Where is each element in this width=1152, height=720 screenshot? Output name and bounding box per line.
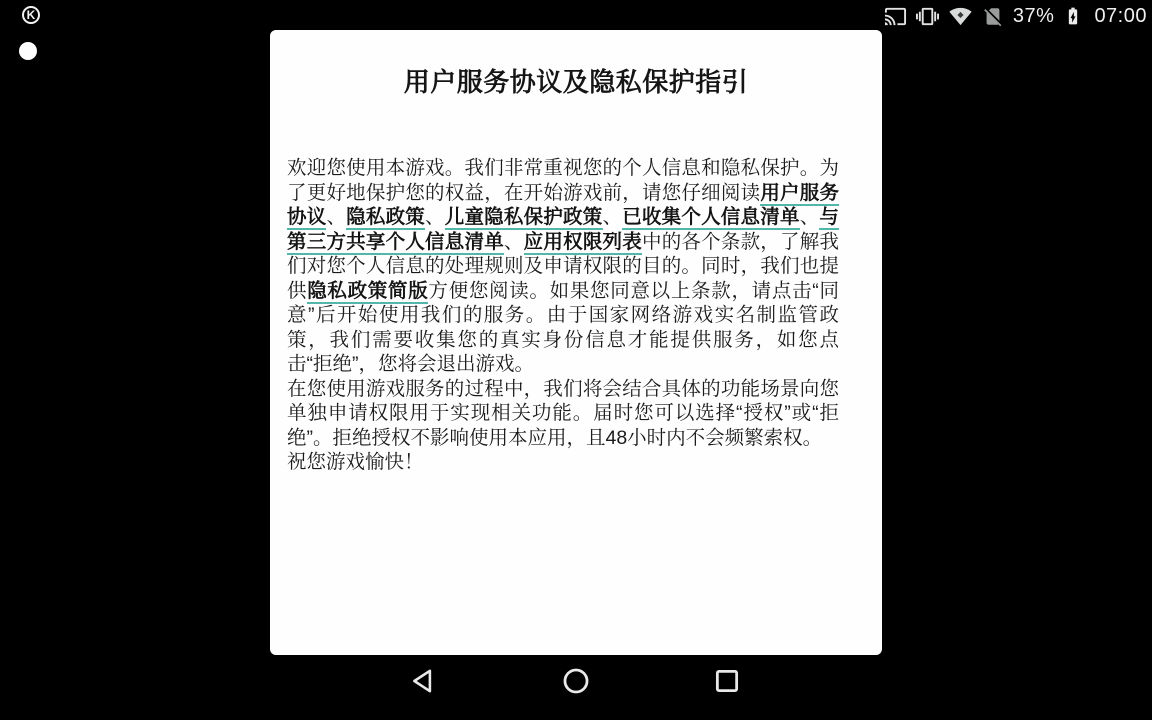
recents-button[interactable] xyxy=(712,666,742,696)
dialog-body-text: 欢迎您使用本游戏。我们非常重视您的个人信息和隐私保护。为了更好地保护您的权益，在… xyxy=(287,156,839,475)
triangle-left-icon xyxy=(414,671,430,691)
floating-ball-button[interactable] xyxy=(19,42,37,60)
vibrate-icon xyxy=(916,5,939,28)
privacy-agreement-dialog: 用户服务协议及隐私保护指引 欢迎您使用本游戏。我们非常重视您的个人信息和隐私保护… xyxy=(270,30,882,655)
dialog-title: 用户服务协议及隐私保护指引 xyxy=(270,62,882,99)
body-text: 、 xyxy=(326,206,346,228)
link-children-privacy-policy[interactable]: 儿童隐私保护政策 xyxy=(445,206,603,230)
link-privacy-policy-simplified[interactable]: 隐私政策简版 xyxy=(307,280,428,304)
link-collected-personal-info-list[interactable]: 已收集个人信息清单 xyxy=(622,206,799,230)
body-text: 欢迎您使用本游戏。我们非常重视您的个人信息和隐私保护。为了更好地保护您的权益，在… xyxy=(287,157,839,204)
android-screen: K 37% xyxy=(0,0,1152,720)
body-text: 、 xyxy=(504,231,524,253)
k-notification-icon: K xyxy=(22,6,40,24)
battery-charging-icon xyxy=(1063,4,1083,28)
no-sim-icon xyxy=(982,5,1004,28)
agreement-paragraph: 欢迎您使用本游戏。我们非常重视您的个人信息和隐私保护。为了更好地保护您的权益，在… xyxy=(287,156,839,377)
link-privacy-policy[interactable]: 隐私政策 xyxy=(346,206,425,230)
body-text: 、 xyxy=(800,206,820,228)
screen-cast-icon xyxy=(884,5,907,28)
permission-paragraph: 在您使用游戏服务的过程中，我们将会结合具体的功能场景向您单独申请权限用于实现相关… xyxy=(287,377,839,451)
body-text: 、 xyxy=(425,206,445,228)
battery-percent-text: 37% xyxy=(1013,0,1055,32)
back-button[interactable] xyxy=(409,666,439,696)
body-text: 、 xyxy=(603,206,623,228)
circle-home-icon xyxy=(565,670,587,692)
clock-text: 07:00 xyxy=(1094,0,1147,32)
wifi-no-internet-icon xyxy=(948,5,973,28)
link-app-permission-list[interactable]: 应用权限列表 xyxy=(524,231,642,255)
android-nav-bar xyxy=(0,656,1152,720)
status-bar: 37% 07:00 xyxy=(884,0,1152,32)
home-button[interactable] xyxy=(561,666,591,696)
square-recents-icon xyxy=(717,671,736,690)
closing-paragraph: 祝您游戏愉快！ xyxy=(287,450,839,475)
